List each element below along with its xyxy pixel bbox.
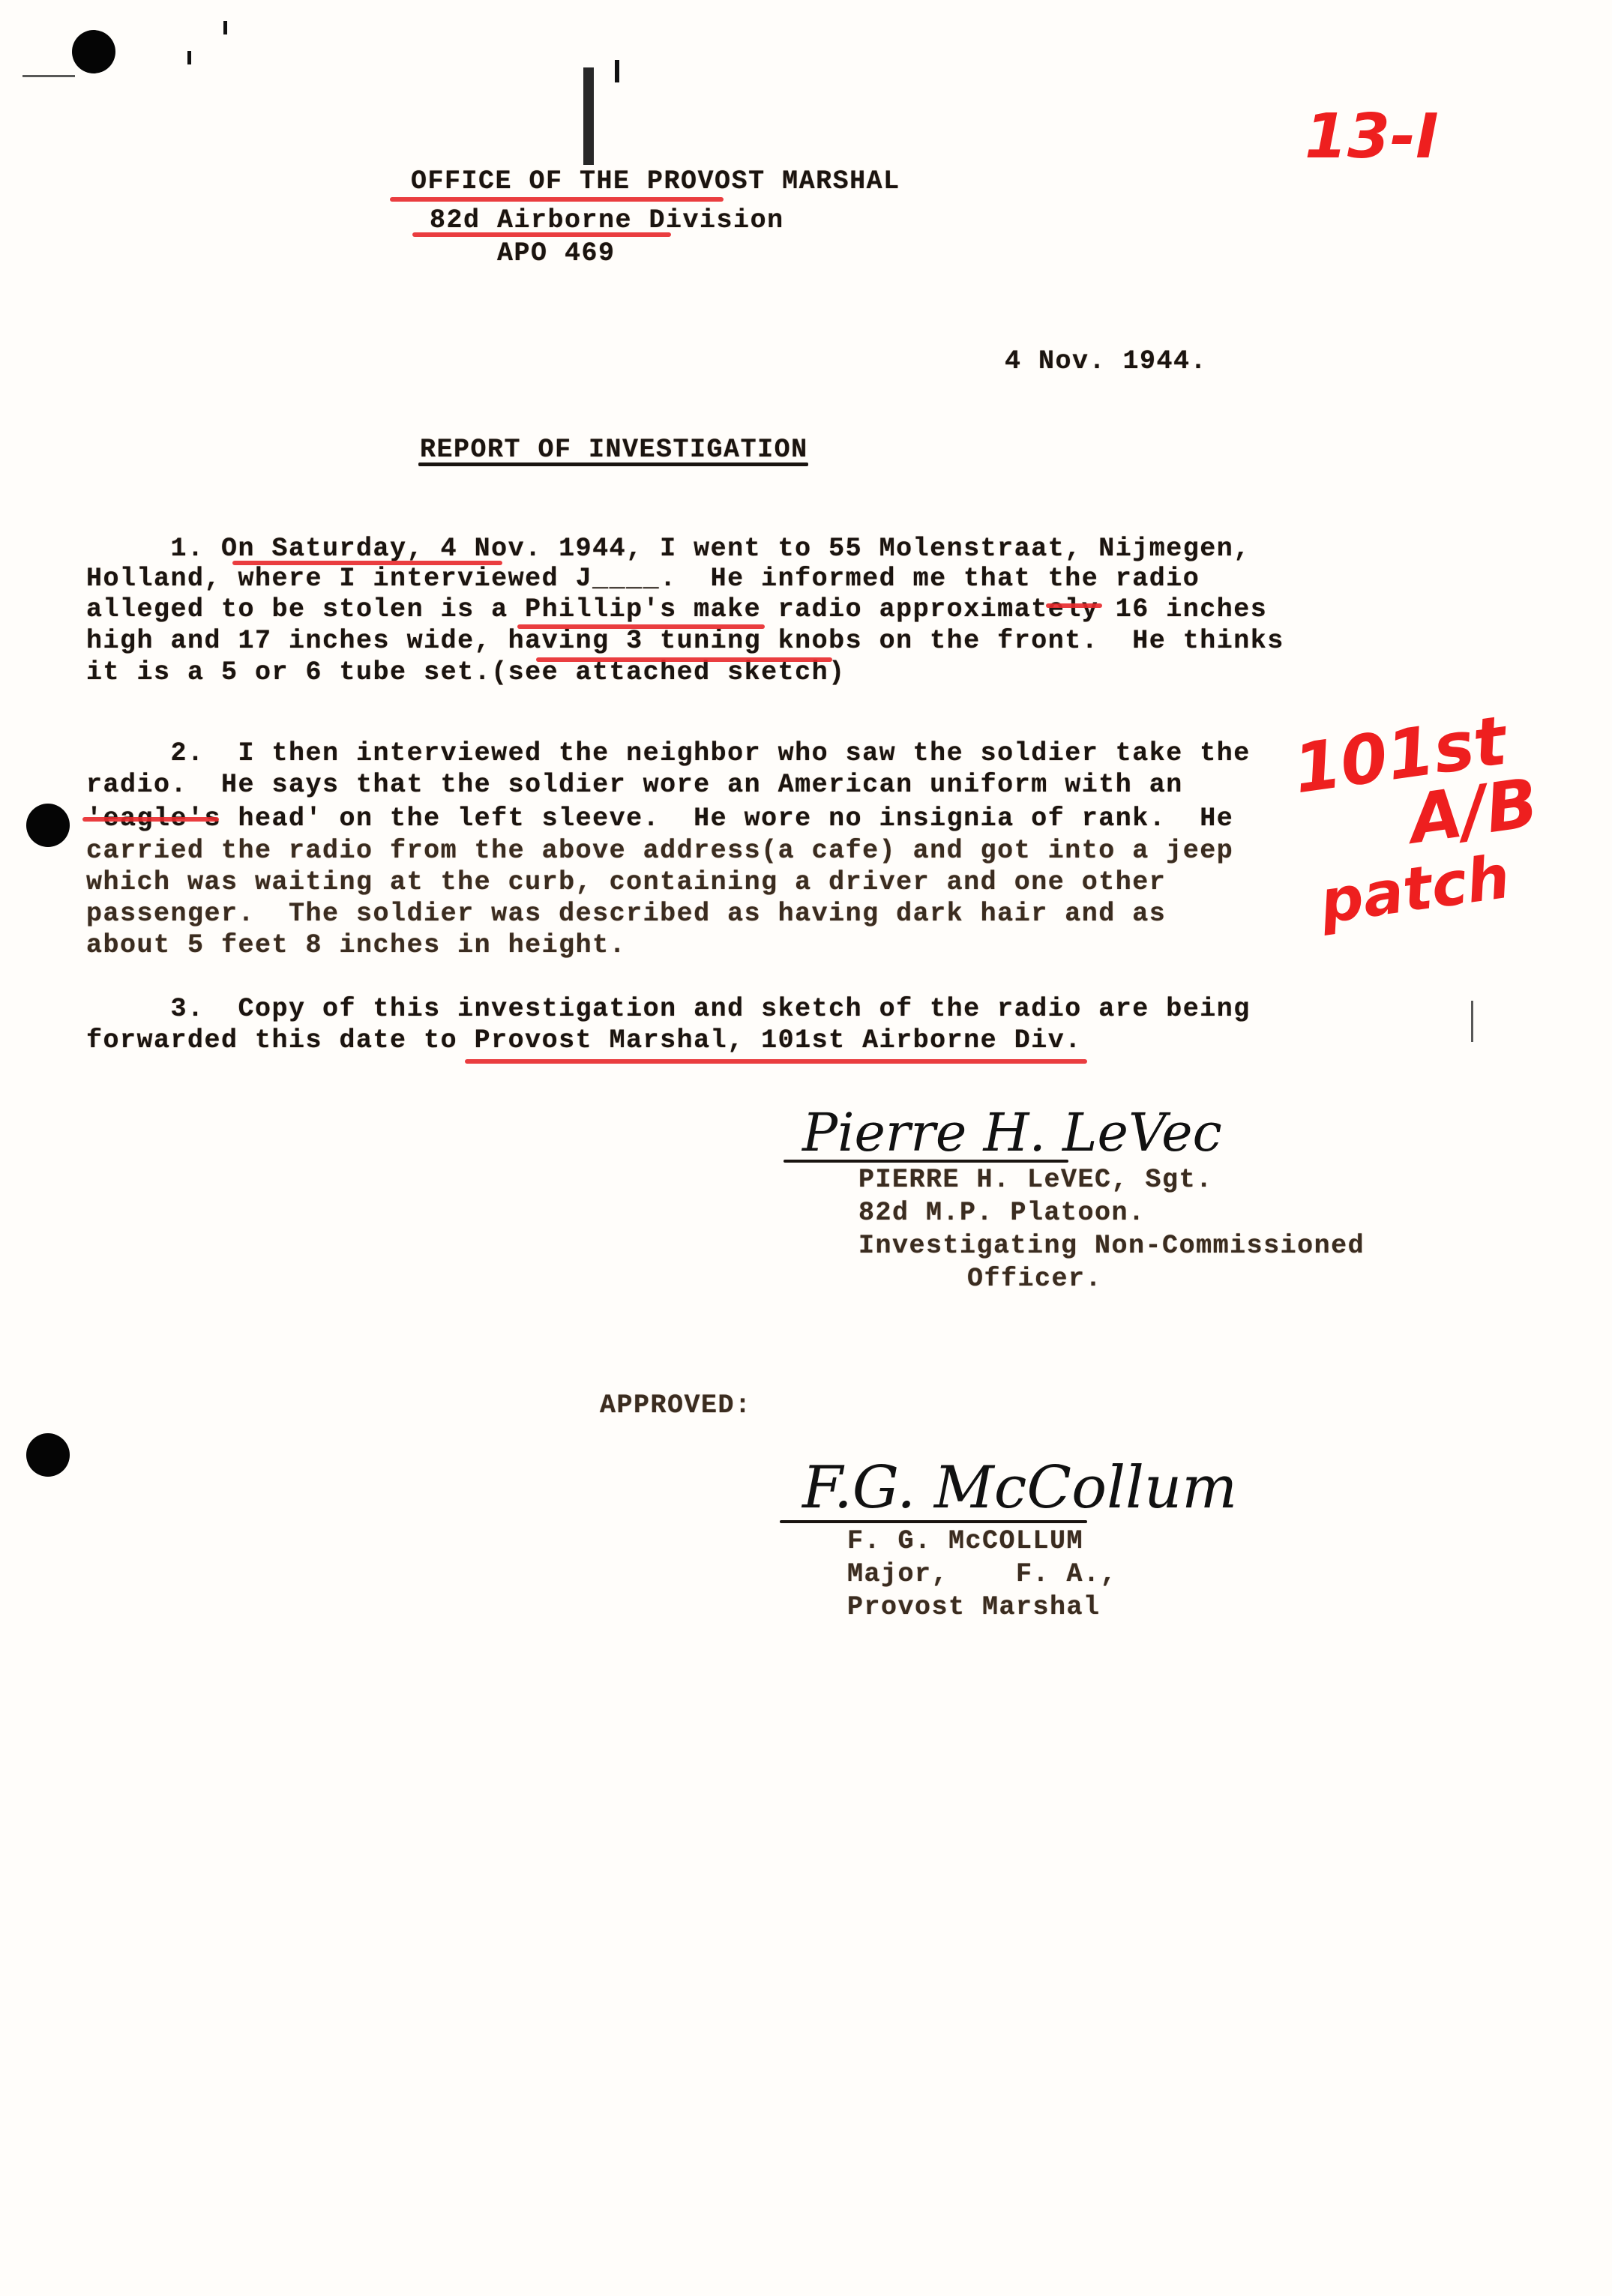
signer-role-line-2: Officer. bbox=[967, 1264, 1102, 1294]
paragraph-2-line-6: passenger. The soldier was described as … bbox=[86, 899, 1166, 929]
paragraph-3-line-2: forwarded this date to Provost Marshal, … bbox=[86, 1025, 1082, 1055]
paragraph-2-line-4: carried the radio from the above address… bbox=[86, 836, 1233, 866]
approved-label: APPROVED: bbox=[600, 1390, 752, 1420]
signature-levec: Pierre H. LeVec bbox=[802, 1102, 1222, 1163]
red-underline-eagles-head bbox=[82, 817, 219, 822]
ink-mark bbox=[187, 51, 191, 64]
ink-mark bbox=[1471, 1001, 1473, 1042]
approver-rank: Major, F. A., bbox=[847, 1559, 1117, 1589]
paragraph-2-line-5: which was waiting at the curb, containin… bbox=[86, 867, 1166, 897]
paragraph-3-line-1: 3. Copy of this investigation and sketch… bbox=[86, 994, 1251, 1024]
red-underline-phillips bbox=[517, 624, 765, 629]
staple-mark bbox=[583, 67, 594, 165]
signer-unit-levec: 82d M.P. Platoon. bbox=[858, 1198, 1146, 1228]
paragraph-1-line-3: alleged to be stolen is a Phillip's make… bbox=[86, 594, 1267, 624]
approver-title: Provost Marshal bbox=[847, 1592, 1101, 1622]
staple-mark bbox=[615, 60, 619, 82]
file-number-annotation: 13-I bbox=[1305, 101, 1439, 172]
margin-note-ab: A/B bbox=[1405, 764, 1543, 860]
red-underline-division bbox=[412, 232, 671, 237]
signature-mccollum: F.G. McCollum bbox=[802, 1454, 1237, 1522]
paragraph-1-line-5: it is a 5 or 6 tube set.(see attached sk… bbox=[86, 657, 846, 687]
paragraph-2-line-7: about 5 feet 8 inches in height. bbox=[86, 930, 626, 960]
letterhead-office: OFFICE OF THE PROVOST MARSHAL bbox=[411, 166, 900, 196]
signer-role-line-1: Investigating Non-Commissioned bbox=[858, 1231, 1365, 1261]
letterhead-division: 82d Airborne Division bbox=[430, 205, 784, 235]
hole-punch-middle bbox=[26, 804, 70, 847]
hole-punch-top bbox=[72, 30, 115, 73]
paragraph-2-line-2: radio. He says that the soldier wore an … bbox=[86, 770, 1183, 800]
red-underline-radio bbox=[1046, 603, 1102, 608]
red-underline-date bbox=[232, 561, 502, 565]
red-underline-provost-marshal-101st bbox=[465, 1059, 1087, 1064]
signature-line-mccollum bbox=[780, 1520, 1087, 1523]
paragraph-1-line-1: 1. On Saturday, 4 Nov. 1944, I went to 5… bbox=[86, 534, 1251, 564]
document-date: 4 Nov. 1944. bbox=[1005, 346, 1207, 376]
report-title: REPORT OF INVESTIGATION bbox=[420, 435, 808, 465]
paragraph-2-line-3: 'eagle's head' on the left sleeve. He wo… bbox=[86, 804, 1233, 834]
letterhead-apo: APO 469 bbox=[497, 238, 616, 268]
paragraph-1-line-2: Holland, where I interviewed J____. He i… bbox=[86, 564, 1200, 594]
signature-line-levec bbox=[784, 1160, 1068, 1163]
paragraph-2-line-1: 2. I then interviewed the neighbor who s… bbox=[86, 738, 1251, 768]
red-underline-tuning-knobs bbox=[536, 657, 832, 662]
approver-name: F. G. McCOLLUM bbox=[847, 1526, 1083, 1556]
ink-mark bbox=[223, 21, 227, 34]
ink-mark bbox=[22, 75, 75, 77]
margin-note-patch: patch bbox=[1316, 842, 1514, 937]
red-underline-office bbox=[390, 197, 724, 202]
paragraph-1-line-4: high and 17 inches wide, having 3 tuning… bbox=[86, 626, 1284, 656]
hole-punch-bottom bbox=[26, 1433, 70, 1477]
signer-name-levec: PIERRE H. LeVEC, Sgt. bbox=[858, 1165, 1213, 1195]
title-underline bbox=[418, 462, 808, 466]
